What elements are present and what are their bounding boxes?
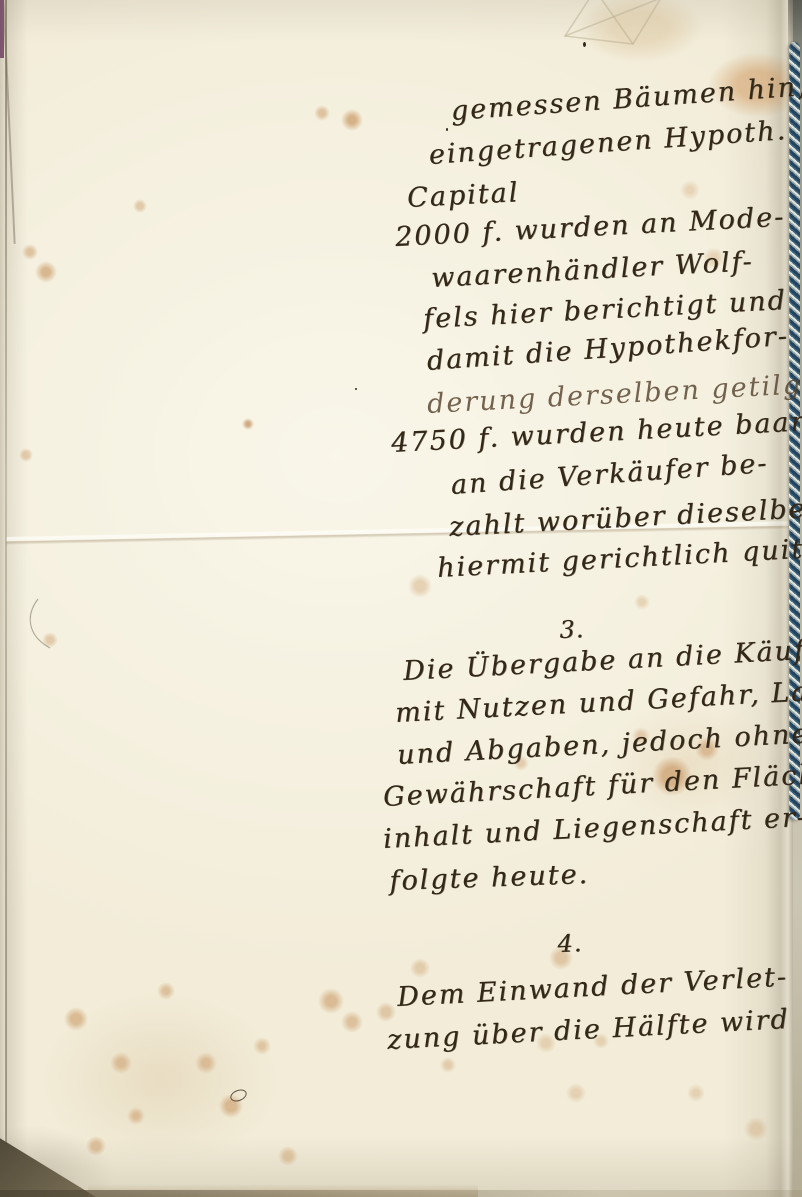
manuscript-line: zahlt worüber dieselben <box>448 492 802 543</box>
section-number: 3. <box>559 615 585 644</box>
manuscript-line: waarenhändler Wolf- <box>430 246 754 294</box>
manuscript-line: Dem Einwand der Verlet- <box>396 962 788 1013</box>
ink-fleck <box>446 128 448 131</box>
section-number: 4. <box>557 929 583 958</box>
manuscript-line: an die Verkäufer be- <box>450 448 770 501</box>
hairline-scratch <box>26 596 60 654</box>
embossed-x-seal-icon <box>553 0 677 50</box>
manuscript-line: zung über die Hälfte wird <box>386 1004 790 1056</box>
document-scan: gemessen Bäumen hin, eingetragenen Hypot… <box>0 0 802 1197</box>
bottom-left-fold-shadow <box>0 1098 150 1193</box>
bottom-left-corner-dark <box>0 1127 96 1197</box>
manuscript-line: Capital <box>406 177 520 214</box>
ink-ring-mark <box>229 1087 249 1104</box>
left-edge-line <box>5 0 7 1197</box>
ink-fleck <box>355 388 357 390</box>
ink-fleck <box>583 42 586 47</box>
manuscript-line: folgte heute. <box>389 859 590 897</box>
bottom-edge-shadow <box>0 1190 802 1197</box>
cord-top-shadow <box>788 0 802 60</box>
